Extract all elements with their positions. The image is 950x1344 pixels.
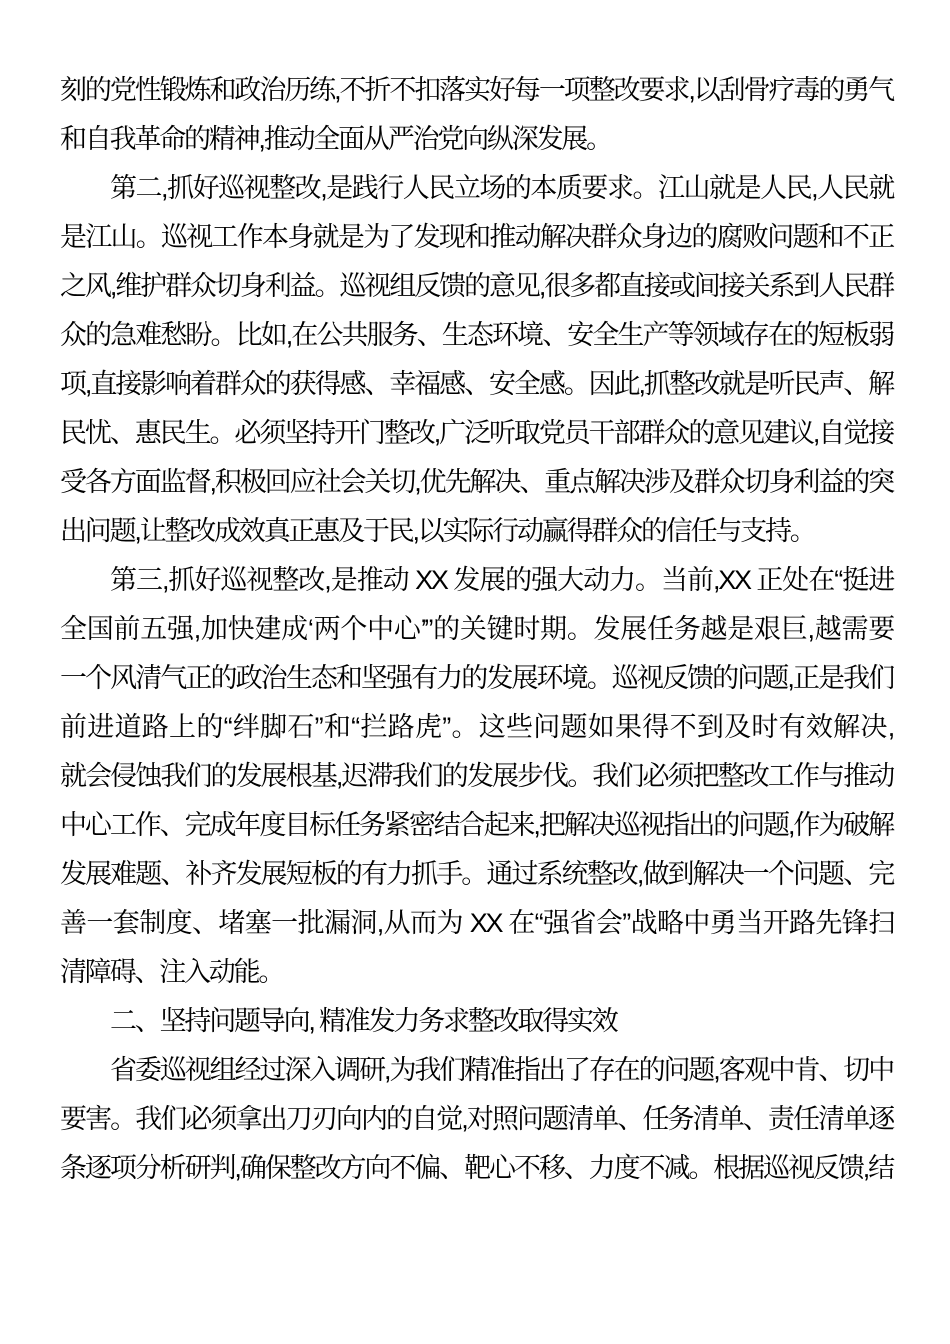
section-heading: 二、坚持问题导向, 精准发力务求整改取得实效 [60,997,893,1046]
text-line: 清障碍、注入动能。 [60,948,893,997]
text-line: 省委巡视组经过深入调研,为我们精准指出了存在的问题,客观中肯、切中 [60,1046,893,1095]
paragraph: 第二,抓好巡视整改,是践行人民立场的本质要求。江山就是人民,人民就是江山。巡视工… [60,164,893,556]
text-line: 一个风清气正的政治生态和坚强有力的发展环境。巡视反馈的问题,正是我们 [60,654,893,703]
text-line: 中心工作、完成年度目标任务紧密结合起来,把解决巡视指出的问题,作为破解 [60,801,893,850]
text-line: 之风,维护群众切身利益。巡视组反馈的意见,很多都直接或间接关系到人民群 [60,262,893,311]
text-line: 就会侵蚀我们的发展根基,迟滞我们的发展步伐。我们必须把整改工作与推动 [60,752,893,801]
text-line: 项,直接影响着群众的获得感、幸福感、安全感。因此,抓整改就是听民声、解 [60,360,893,409]
text-line: 是江山。巡视工作本身就是为了发现和推动解决群众身边的腐败问题和不正 [60,213,893,262]
text-line: 和自我革命的精神,推动全面从严治党向纵深发展。 [60,115,893,164]
paragraph: 省委巡视组经过深入调研,为我们精准指出了存在的问题,客观中肯、切中要害。我们必须… [60,1046,893,1193]
text-line: 第二,抓好巡视整改,是践行人民立场的本质要求。江山就是人民,人民就 [60,164,893,213]
text-line: 出问题,让整改成效真正惠及于民,以实际行动赢得群众的信任与支持。 [60,507,893,556]
document-body: 刻的党性锻炼和政治历练,不折不扣落实好每一项整改要求,以刮骨疗毒的勇气和自我革命… [0,0,950,1193]
paragraph: 第三,抓好巡视整改,是推动 XX 发展的强大动力。当前,XX 正处在“挺进全国前… [60,556,893,997]
text-line: 善一套制度、堵塞一批漏洞,从而为 XX 在“强省会”战略中勇当开路先锋扫 [60,899,893,948]
document-page: 刻的党性锻炼和政治历练,不折不扣落实好每一项整改要求,以刮骨疗毒的勇气和自我革命… [0,0,950,1344]
text-line: 第三,抓好巡视整改,是推动 XX 发展的强大动力。当前,XX 正处在“挺进 [60,556,893,605]
text-line: 前进道路上的“绊脚石”和“拦路虎”。这些问题如果得不到及时有效解决, [60,703,893,752]
text-line: 民忧、惠民生。必须坚持开门整改,广泛听取党员干部群众的意见建议,自觉接 [60,409,893,458]
text-line: 要害。我们必须拿出刀刃向内的自觉,对照问题清单、任务清单、责任清单逐 [60,1095,893,1144]
text-line: 众的急难愁盼。比如,在公共服务、生态环境、安全生产等领域存在的短板弱 [60,311,893,360]
text-line: 刻的党性锻炼和政治历练,不折不扣落实好每一项整改要求,以刮骨疗毒的勇气 [60,66,893,115]
text-line: 条逐项分析研判,确保整改方向不偏、靶心不移、力度不减。根据巡视反馈,结 [60,1144,893,1193]
text-line: 受各方面监督,积极回应社会关切,优先解决、重点解决涉及群众切身利益的突 [60,458,893,507]
paragraph: 刻的党性锻炼和政治历练,不折不扣落实好每一项整改要求,以刮骨疗毒的勇气和自我革命… [60,66,893,164]
text-line: 发展难题、补齐发展短板的有力抓手。通过系统整改,做到解决一个问题、完 [60,850,893,899]
text-line: 全国前五强,加快建成‘两个中心’”的关键时期。发展任务越是艰巨,越需要 [60,605,893,654]
text-line: 二、坚持问题导向, 精准发力务求整改取得实效 [60,997,893,1046]
